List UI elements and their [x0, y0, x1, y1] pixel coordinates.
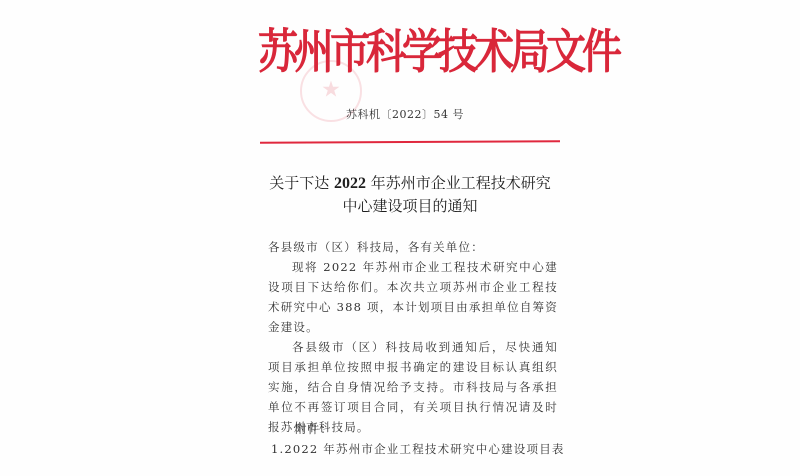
title-line-1: 关于下达 2022 年苏州市企业工程技术研究	[250, 172, 570, 195]
title-year: 2022	[334, 175, 366, 192]
attachment-item: 1.2022 年苏州市企业工程技术研究中心建设项目表	[271, 439, 565, 459]
title-line-2: 中心建设项目的通知	[250, 195, 570, 218]
attachments-label: 附件：	[295, 419, 565, 439]
document-number: 苏科机〔2022〕54 号	[240, 108, 570, 122]
paragraph-1: 现将 2022 年苏州市企业工程技术研究中心建设项目下达给你们。本次共立项苏州市…	[268, 257, 558, 337]
salutation: 各县级市（区）科技局，各有关单位：	[268, 237, 558, 257]
document-body: 各县级市（区）科技局，各有关单位： 现将 2022 年苏州市企业工程技术研究中心…	[268, 237, 558, 437]
masthead-title: 苏州市科学技术局文件	[258, 22, 564, 83]
red-divider	[260, 140, 560, 144]
title-suffix: 年苏州市企业工程技术研究	[366, 174, 551, 192]
attachments-section: 附件： 1.2022 年苏州市企业工程技术研究中心建设项目表	[295, 419, 565, 459]
title-prefix: 关于下达	[269, 174, 334, 192]
document-page: ★ 苏州市科学技术局文件 苏科机〔2022〕54 号 关于下达 2022 年苏州…	[0, 0, 800, 476]
document-title: 关于下达 2022 年苏州市企业工程技术研究 中心建设项目的通知	[250, 172, 570, 218]
